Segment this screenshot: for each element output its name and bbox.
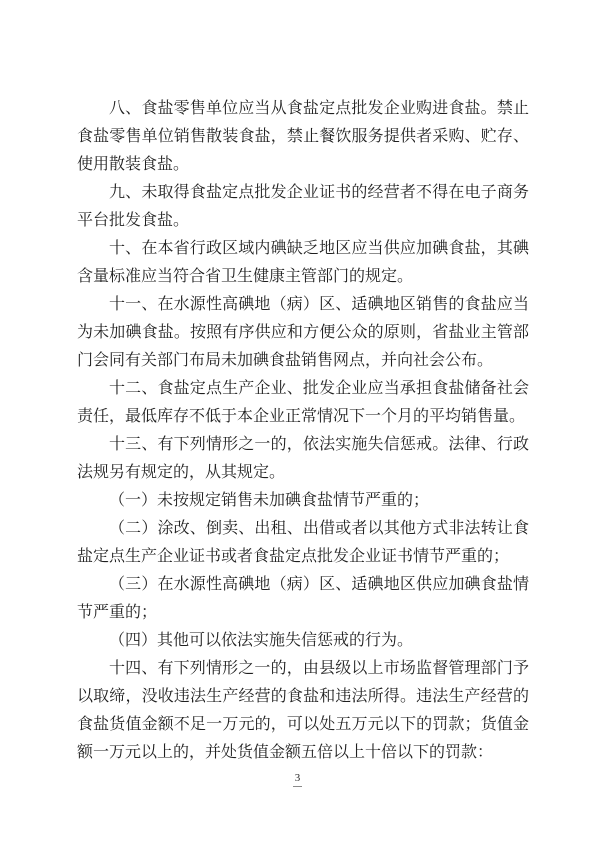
paragraph-subitem-4: （四）其他可以依法实施失信惩戒的行为。: [77, 627, 529, 655]
document-body: 八、食盐零售单位应当从食盐定点批发企业购进食盐。禁止食盐零售单位销售散装食盐，禁…: [77, 95, 529, 767]
paragraph-item-10: 十、在本省行政区域内碘缺乏地区应当供应加碘食盐，其碘含量标准应当符合省卫生健康主…: [77, 235, 529, 291]
paragraph-subitem-2: （二）涂改、倒卖、出租、出借或者以其他方式非法转让食盐定点生产企业证书或者食盐定…: [77, 515, 529, 571]
paragraph-item-13: 十三、有下列情形之一的，依法实施失信惩戒。法律、行政法规另有规定的，从其规定。: [77, 431, 529, 487]
paragraph-subitem-3: （三）在水源性高碘地（病）区、适碘地区供应加碘食盐情节严重的；: [77, 571, 529, 627]
page-number-value: 3: [293, 771, 303, 787]
paragraph-item-14: 十四、有下列情形之一的，由县级以上市场监督管理部门予以取缔，没收违法生产经营的食…: [77, 655, 529, 767]
paragraph-item-11: 十一、在水源性高碘地（病）区、适碘地区销售的食盐应当为未加碘食盐。按照有序供应和…: [77, 291, 529, 375]
page-number: 3: [0, 771, 595, 787]
paragraph-item-12: 十二、食盐定点生产企业、批发企业应当承担食盐储备社会责任，最低库存不低于本企业正…: [77, 375, 529, 431]
document-page: 八、食盐零售单位应当从食盐定点批发企业购进食盐。禁止食盐零售单位销售散装食盐，禁…: [0, 0, 595, 842]
paragraph-item-9: 九、未取得食盐定点批发企业证书的经营者不得在电子商务平台批发食盐。: [77, 179, 529, 235]
paragraph-subitem-1: （一）未按规定销售未加碘食盐情节严重的；: [77, 487, 529, 515]
paragraph-item-8: 八、食盐零售单位应当从食盐定点批发企业购进食盐。禁止食盐零售单位销售散装食盐，禁…: [77, 95, 529, 179]
